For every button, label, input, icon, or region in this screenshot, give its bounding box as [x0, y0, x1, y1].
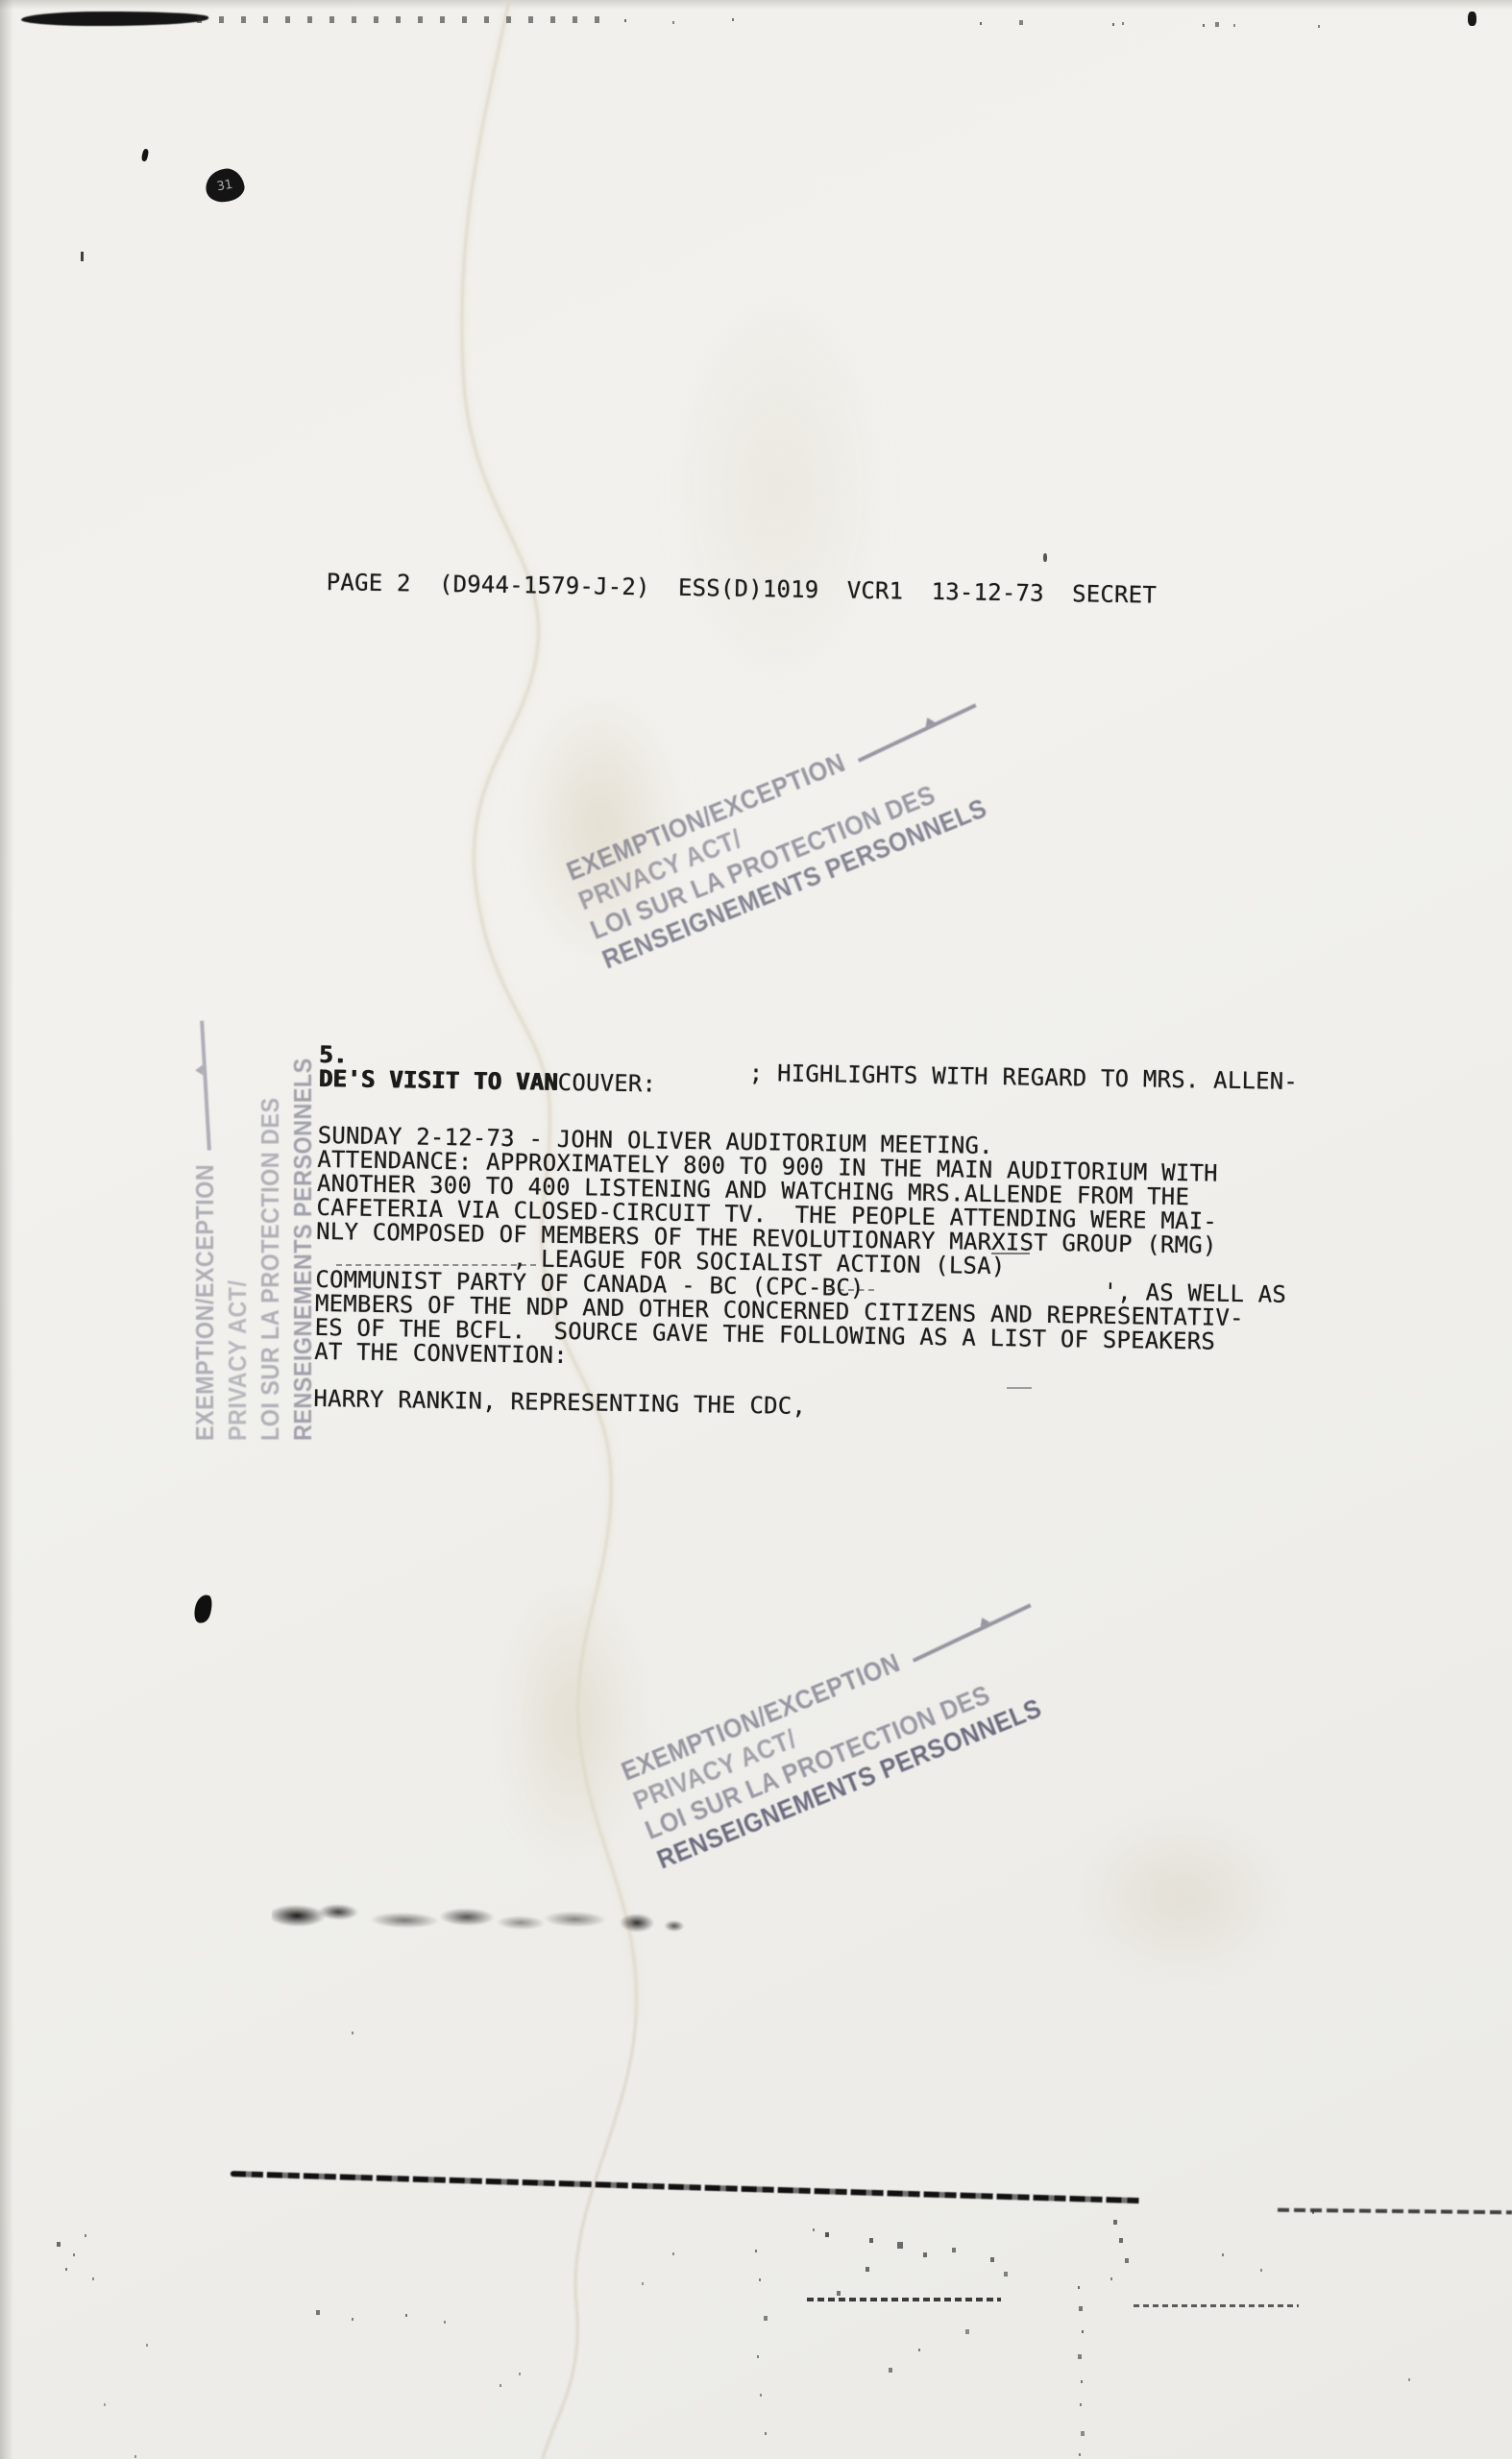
- highlights-fragment: ; HIGHLIGHTS WITH REGARD TO MRS. ALLEN-: [749, 1061, 1299, 1094]
- scan-tick-top-right: [1468, 12, 1476, 26]
- scan-dashes-top: [197, 16, 610, 23]
- scanned-document-page: PAGE 2 (D944-1579-J-2) ESS(D)1019 VCR1 1…: [0, 0, 1512, 2459]
- typed-text-block: PAGE 2 (D944-1579-J-2) ESS(D)1019 VCR1 1…: [313, 569, 1383, 1449]
- section-title: DE'S VISIT TO VANCOUVER:: [318, 1067, 656, 1097]
- scan-dashed-line-bottom-2: [1134, 2304, 1299, 2307]
- erasure-dash: [336, 1264, 536, 1266]
- page-number-faint: 31: [216, 177, 234, 194]
- speaker-line: HARRY RANKIN, REPRESENTING THE CDC,: [313, 1387, 806, 1419]
- ink-speck: [81, 252, 84, 261]
- paragraph-line: AT THE CONVENTION:: [314, 1340, 568, 1368]
- scan-noise-speckles: [0, 0, 2, 3]
- stamp-line: RENSEIGNEMENTS PERSONNELS: [286, 1021, 319, 1441]
- stamp-line: LOI SUR LA PROTECTION DES: [254, 1021, 286, 1441]
- scan-dashed-line-bottom-1: [807, 2298, 1001, 2301]
- section-number: 5.: [319, 1043, 348, 1067]
- smudged-redaction-bar: [272, 1889, 688, 1944]
- section-title-rest: COUVER:: [557, 1069, 656, 1098]
- ink-speck: [1043, 553, 1047, 562]
- erasure-dash: [991, 1253, 1030, 1254]
- stamp-line: PRIVACY ACT/: [221, 1021, 254, 1441]
- erasure-dash: [828, 1289, 874, 1291]
- stamp-underline: [200, 1020, 211, 1150]
- stamp-line: EXEMPTION/EXCEPTION: [190, 1164, 219, 1441]
- exemption-stamp-vertical-left: EXEMPTION/EXCEPTION PRIVACY ACT/ LOI SUR…: [188, 974, 319, 1441]
- erasure-dash: [1007, 1387, 1032, 1389]
- section-title-bold: DE'S VISIT TO VAN: [318, 1065, 557, 1096]
